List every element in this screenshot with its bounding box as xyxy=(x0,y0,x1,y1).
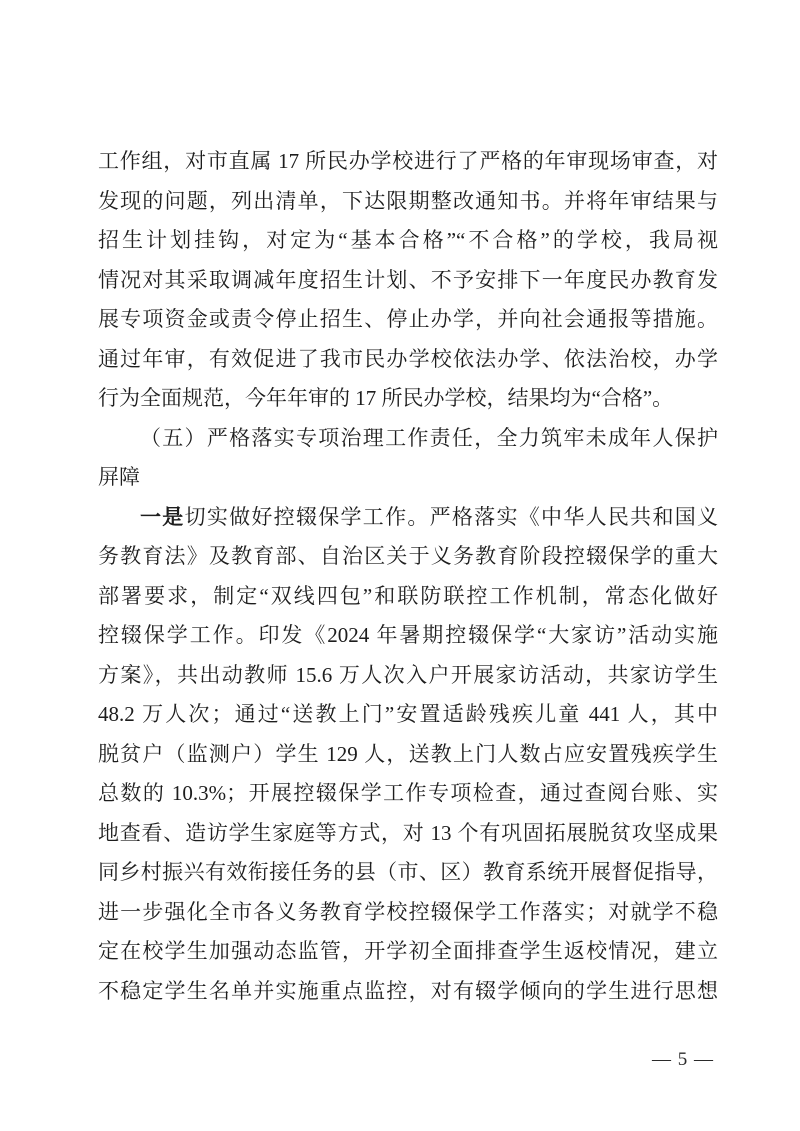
text-line: 部署要求，制定“双线四包”和联防联控工作机制，常态化做好 xyxy=(98,577,718,617)
text-run: 务教育法》及教育部、自治区关于义务教育阶段控辍保学的重大 xyxy=(98,544,718,568)
text-line: 行为全面规范，今年年审的 17 所民办学校，结果均为“合格”。 xyxy=(98,379,718,419)
text-line: 同乡村振兴有效衔接任务的县（市、区）教育系统开展督促指导， xyxy=(98,853,718,893)
text-line: 一是切实做好控辍保学工作。严格落实《中华人民共和国义 xyxy=(98,498,718,538)
text-line: 务教育法》及教育部、自治区关于义务教育阶段控辍保学的重大 xyxy=(98,537,718,577)
text-line: 脱贫户（监测户）学生 129 人，送教上门人数占应安置残疾学生 xyxy=(98,735,718,775)
text-run: 情况对其采取调减年度招生计划、不予安排下一年度民办教育发 xyxy=(98,268,718,292)
text-line: 进一步强化全市各义务教育学校控辍保学工作落实；对就学不稳 xyxy=(98,893,718,933)
text-run: 部署要求，制定“双线四包”和联防联控工作机制，常态化做好 xyxy=(98,584,718,608)
heading-line: 屏障 xyxy=(98,458,718,498)
text-run: 切实做好控辍保学工作。严格落实《中华人民共和国义 xyxy=(185,505,718,529)
text-line: 通过年审，有效促进了我市民办学校依法办学、依法治校，办学 xyxy=(98,340,718,380)
text-line: 工作组，对市直属 17 所民办学校进行了严格的年审现场审查，对 xyxy=(98,142,718,182)
document-page: 工作组，对市直属 17 所民办学校进行了严格的年审现场审查，对发现的问题，列出清… xyxy=(0,0,800,1131)
text-run: 行为全面规范，今年年审的 17 所民办学校，结果均为“合格”。 xyxy=(98,386,673,410)
heading-line: （五）严格落实专项治理工作责任，全力筑牢未成年人保护 xyxy=(98,419,718,459)
text-line: 总数的 10.3%；开展控辍保学工作专项检查，通过查阅台账、实 xyxy=(98,774,718,814)
text-run: 总数的 10.3%；开展控辍保学工作专项检查，通过查阅台账、实 xyxy=(98,781,718,805)
document-body: 工作组，对市直属 17 所民办学校进行了严格的年审现场审查，对发现的问题，列出清… xyxy=(98,142,718,1011)
bold-run: 一是 xyxy=(140,505,185,529)
text-run: 屏障 xyxy=(98,465,140,489)
text-line: 地查看、造访学生家庭等方式，对 13 个有巩固拓展脱贫攻坚成果 xyxy=(98,814,718,854)
text-run: 进一步强化全市各义务教育学校控辍保学工作落实；对就学不稳 xyxy=(98,900,718,924)
text-line: 方案》，共出动教师 15.6 万人次入户开展家访活动，共家访学生 xyxy=(98,656,718,696)
text-line: 48.2 万人次；通过“送教上门”安置适龄残疾儿童 441 人，其中 xyxy=(98,695,718,735)
text-run: 同乡村振兴有效衔接任务的县（市、区）教育系统开展督促指导， xyxy=(98,860,718,884)
text-line: 展专项资金或责令停止招生、停止办学，并向社会通报等措施。 xyxy=(98,300,718,340)
text-run: 方案》，共出动教师 15.6 万人次入户开展家访活动，共家访学生 xyxy=(98,663,718,687)
text-run: （五）严格落实专项治理工作责任，全力筑牢未成年人保护 xyxy=(140,426,718,450)
text-line: 情况对其采取调减年度招生计划、不予安排下一年度民办教育发 xyxy=(98,261,718,301)
text-run: 控辍保学工作。印发《2024 年暑期控辍保学“大家访”活动实施 xyxy=(98,623,718,647)
text-run: 48.2 万人次；通过“送教上门”安置适龄残疾儿童 441 人，其中 xyxy=(98,702,718,726)
text-run: 定在校学生加强动态监管，开学初全面排查学生返校情况，建立 xyxy=(98,939,718,963)
text-line: 招生计划挂钩，对定为“基本合格”“不合格”的学校，我局视 xyxy=(98,221,718,261)
text-run: 工作组，对市直属 17 所民办学校进行了严格的年审现场审查，对 xyxy=(98,149,718,173)
text-run: 脱贫户（监测户）学生 129 人，送教上门人数占应安置残疾学生 xyxy=(98,742,718,766)
text-line: 控辍保学工作。印发《2024 年暑期控辍保学“大家访”活动实施 xyxy=(98,616,718,656)
text-run: 发现的问题，列出清单，下达限期整改通知书。并将年审结果与 xyxy=(98,189,718,213)
text-line: 发现的问题，列出清单，下达限期整改通知书。并将年审结果与 xyxy=(98,182,718,222)
text-line: 不稳定学生名单并实施重点监控，对有辍学倾向的学生进行思想 xyxy=(98,972,718,1012)
text-line: 定在校学生加强动态监管，开学初全面排查学生返校情况，建立 xyxy=(98,932,718,972)
text-run: 不稳定学生名单并实施重点监控，对有辍学倾向的学生进行思想 xyxy=(98,979,718,1003)
text-run: 展专项资金或责令停止招生、停止办学，并向社会通报等措施。 xyxy=(98,307,718,331)
text-run: 通过年审，有效促进了我市民办学校依法办学、依法治校，办学 xyxy=(98,347,718,371)
text-run: 招生计划挂钩，对定为“基本合格”“不合格”的学校，我局视 xyxy=(98,228,718,252)
page-number: — 5 — xyxy=(652,1048,714,1072)
text-run: 地查看、造访学生家庭等方式，对 13 个有巩固拓展脱贫攻坚成果 xyxy=(98,821,718,845)
